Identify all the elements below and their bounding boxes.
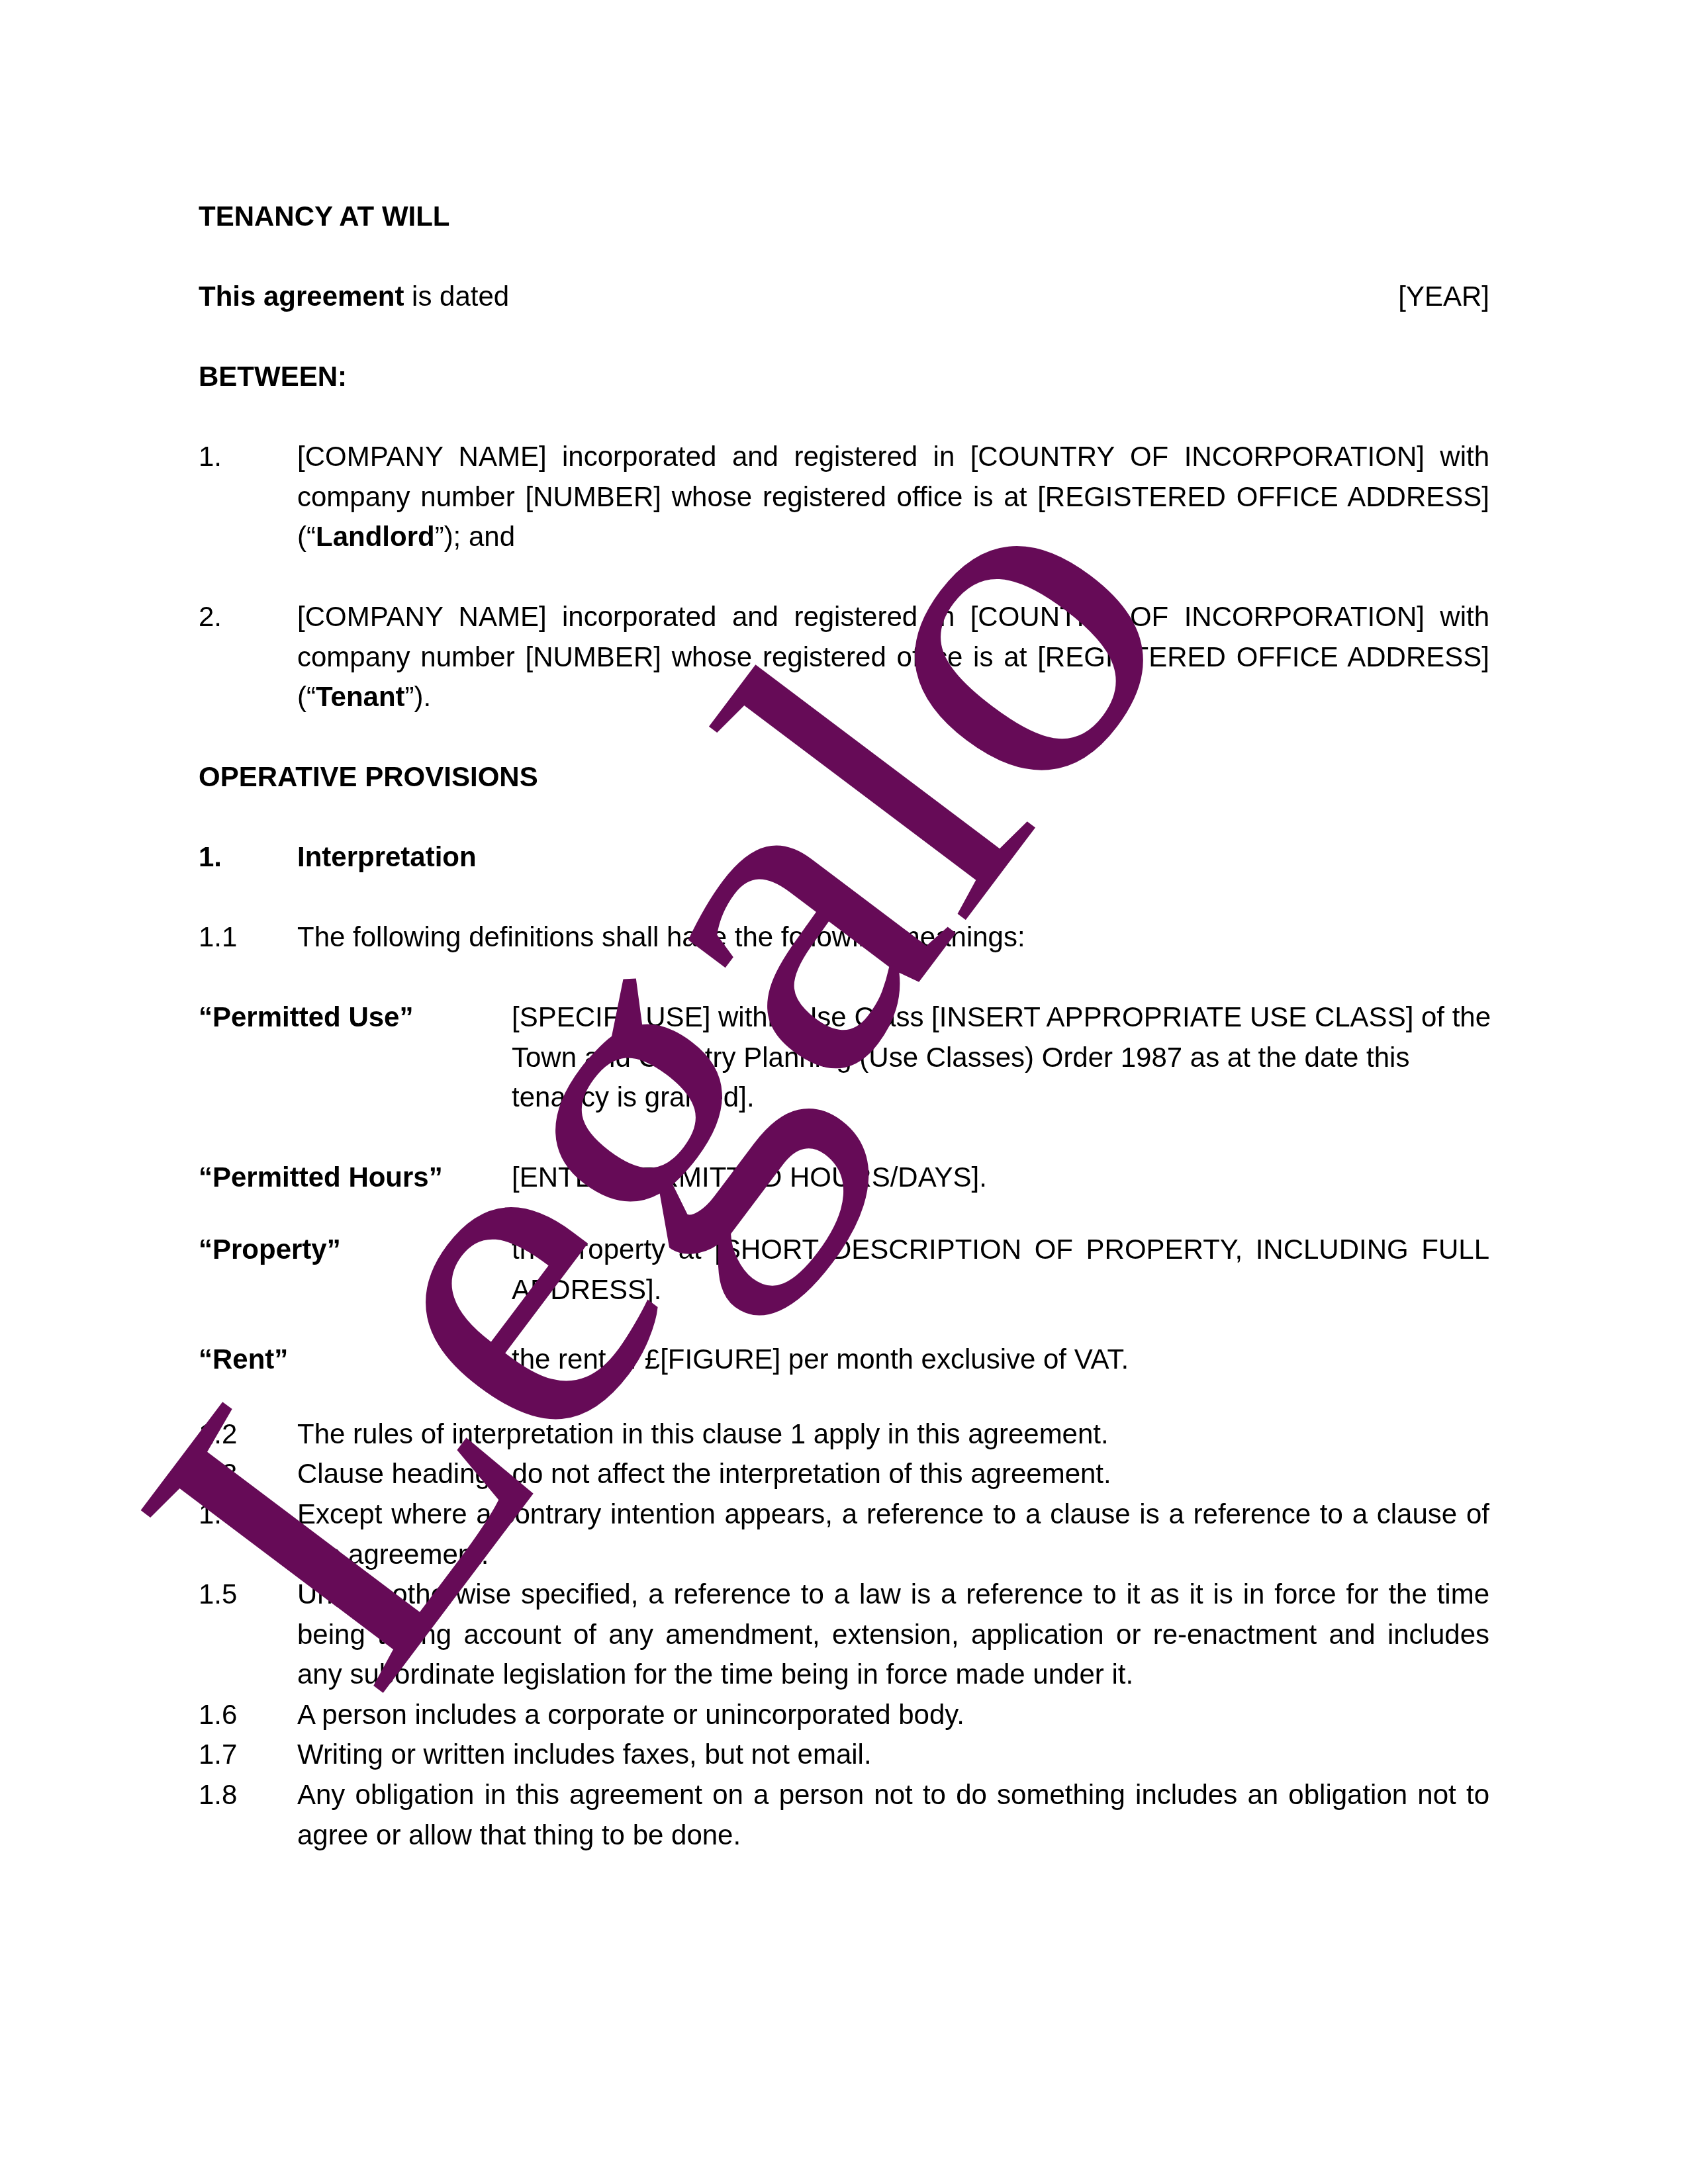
clause-heading: Interpretation: [297, 837, 477, 877]
between-heading: BETWEEN:: [199, 357, 347, 396]
definition-term: “Rent”: [199, 1340, 288, 1379]
definition-term: “Permitted Hours”: [199, 1158, 443, 1197]
party-tenant: [COMPANY NAME] incorporated and register…: [297, 597, 1489, 717]
subclause-number: 1.5: [199, 1574, 237, 1614]
definition-term: “Permitted Use”: [199, 997, 413, 1037]
clause-number: 1.: [199, 837, 222, 877]
party-number: 2.: [199, 597, 222, 637]
clause-number: 1.1: [199, 917, 237, 957]
document-page: TENANCY AT WILL This agreement is dated …: [0, 0, 1688, 2184]
subclause-text: Writing or written includes faxes, but n…: [297, 1735, 1489, 1775]
subclause-text: Any obligation in this agreement on a pe…: [297, 1775, 1489, 1855]
subclause-number: 1.8: [199, 1775, 237, 1815]
subclause-number: 1.7: [199, 1735, 237, 1774]
definition-text: [SPECIFY USE] within Use Class [INSERT A…: [512, 997, 1491, 1118]
subclause-text: Unless otherwise specified, a reference …: [297, 1574, 1489, 1695]
definition-text: the rent of £[FIGURE] per month exclusiv…: [512, 1340, 1491, 1380]
party-text-end: ”); and: [435, 521, 515, 552]
party-text-end: ”).: [405, 681, 432, 712]
clause-text: The following definitions shall have the…: [297, 917, 1025, 957]
subclause-text: A person includes a corporate or unincor…: [297, 1695, 1489, 1735]
party-text: [COMPANY NAME] incorporated and register…: [297, 601, 1489, 712]
subclause-number: 1.2: [199, 1414, 237, 1454]
party-number: 1.: [199, 437, 222, 477]
definition-text: [ENTER PERMITTED HOURS/DAYS].: [512, 1158, 1491, 1198]
subclause-number: 1.6: [199, 1695, 237, 1735]
dated-value: [YEAR]: [1390, 277, 1489, 316]
operative-provisions-heading: OPERATIVE PROVISIONS: [199, 757, 538, 797]
party-landlord: [COMPANY NAME] incorporated and register…: [297, 437, 1489, 557]
document-title: TENANCY AT WILL: [199, 197, 450, 236]
subclause-text: The rules of interpretation in this clau…: [297, 1414, 1489, 1455]
definition-term: “Property”: [199, 1230, 341, 1269]
definition-text: the property at [SHORT DESCRIPTION OF PR…: [512, 1230, 1489, 1310]
subclause-text: Except where a contrary intention appear…: [297, 1494, 1489, 1574]
dated-label-bold: This agreement: [199, 281, 404, 312]
defined-term-tenant: Tenant: [316, 681, 405, 712]
defined-term-landlord: Landlord: [316, 521, 435, 552]
subclause-number: 1.3: [199, 1454, 237, 1494]
dated-label-rest: is dated: [404, 281, 509, 312]
subclause-text: Clause headings do not affect the interp…: [297, 1454, 1489, 1494]
subclause-number: 1.4: [199, 1494, 237, 1534]
dated-line: This agreement is dated: [199, 277, 509, 316]
